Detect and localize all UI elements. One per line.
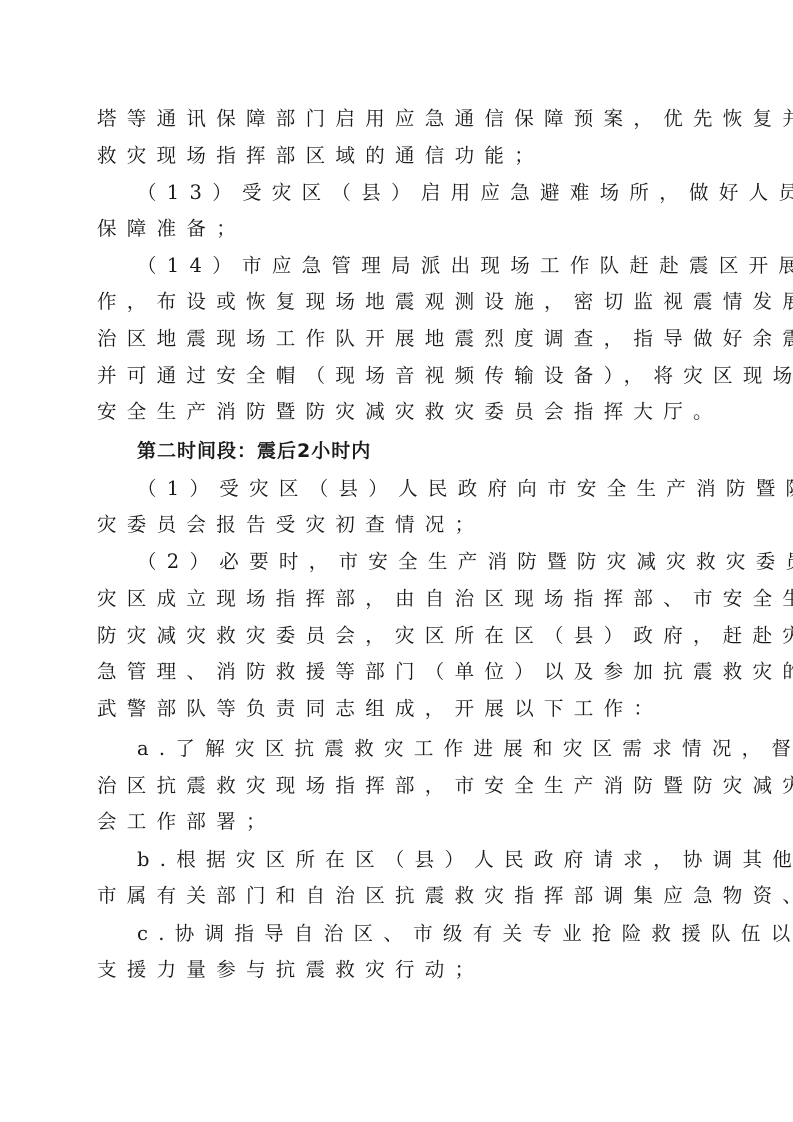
text-line: 并可通过安全帽（现场音视频传输设备），将灾区现场情况传回市: [97, 361, 793, 391]
item-c-start: c.协调指导自治区、市级有关专业抢险救援队伍以及各方面: [137, 919, 793, 949]
text-line: 灾委员会报告受灾初查情况；: [97, 510, 484, 540]
text-line: 作，布设或恢复现场地震观测设施，密切监视震情发展，配合自: [97, 287, 793, 317]
text-line: 塔等通讯保障部门启用应急通信保障预案，优先恢复并保障抗震: [97, 104, 793, 134]
text-line: 市属有关部门和自治区抗震救灾指挥部调集应急物资、装备；: [97, 881, 793, 911]
text-line: 安全生产消防暨防灾减灾救灾委员会指挥大厅。: [97, 397, 723, 427]
paragraph-13-start: （13）受灾区（县）启用应急避难场所，做好人员安置和物资: [137, 178, 793, 208]
text-line: 治区抗震救灾现场指挥部，市安全生产消防暨防灾减灾救灾委员: [97, 771, 793, 801]
text-line: 武警部队等负责同志组成，开展以下工作：: [97, 694, 663, 724]
text-line: 救灾现场指挥部区域的通信功能；: [97, 141, 544, 171]
paragraph-2-start: （2）必要时，市安全生产消防暨防灾减灾救灾委员会在地震: [137, 547, 793, 577]
paragraph-14-start: （14）市应急管理局派出现场工作队赶赴震区开展地震现场工: [137, 251, 793, 281]
text-line: 灾区成立现场指挥部，由自治区现场指挥部、市安全生产消防暨: [97, 584, 793, 614]
section-heading: 第二时间段：震后2小时内: [137, 436, 371, 466]
text-line: 急管理、消防救援等部门（单位）以及参加抗震救灾的解放军和: [97, 657, 793, 687]
item-a-start: a.了解灾区抗震救灾工作进展和灾区需求情况，督促落实自: [137, 734, 793, 764]
item-b-start: b.根据灾区所在区（县）人民政府请求，协调其他区（县）、: [137, 845, 793, 875]
text-line: 会工作部署；: [97, 807, 276, 837]
text-line: 保障准备；: [97, 214, 246, 244]
text-line: 支援力量参与抗震救灾行动；: [97, 955, 484, 985]
paragraph-1-start: （1）受灾区（县）人民政府向市安全生产消防暨防灾减灾救: [137, 474, 793, 504]
text-line: 防灾减灾救灾委员会，灾区所在区（县）政府，赶赴灾区的市应: [97, 621, 793, 651]
text-line: 治区地震现场工作队开展地震烈度调查，指导做好余震防范工作，: [97, 324, 793, 354]
